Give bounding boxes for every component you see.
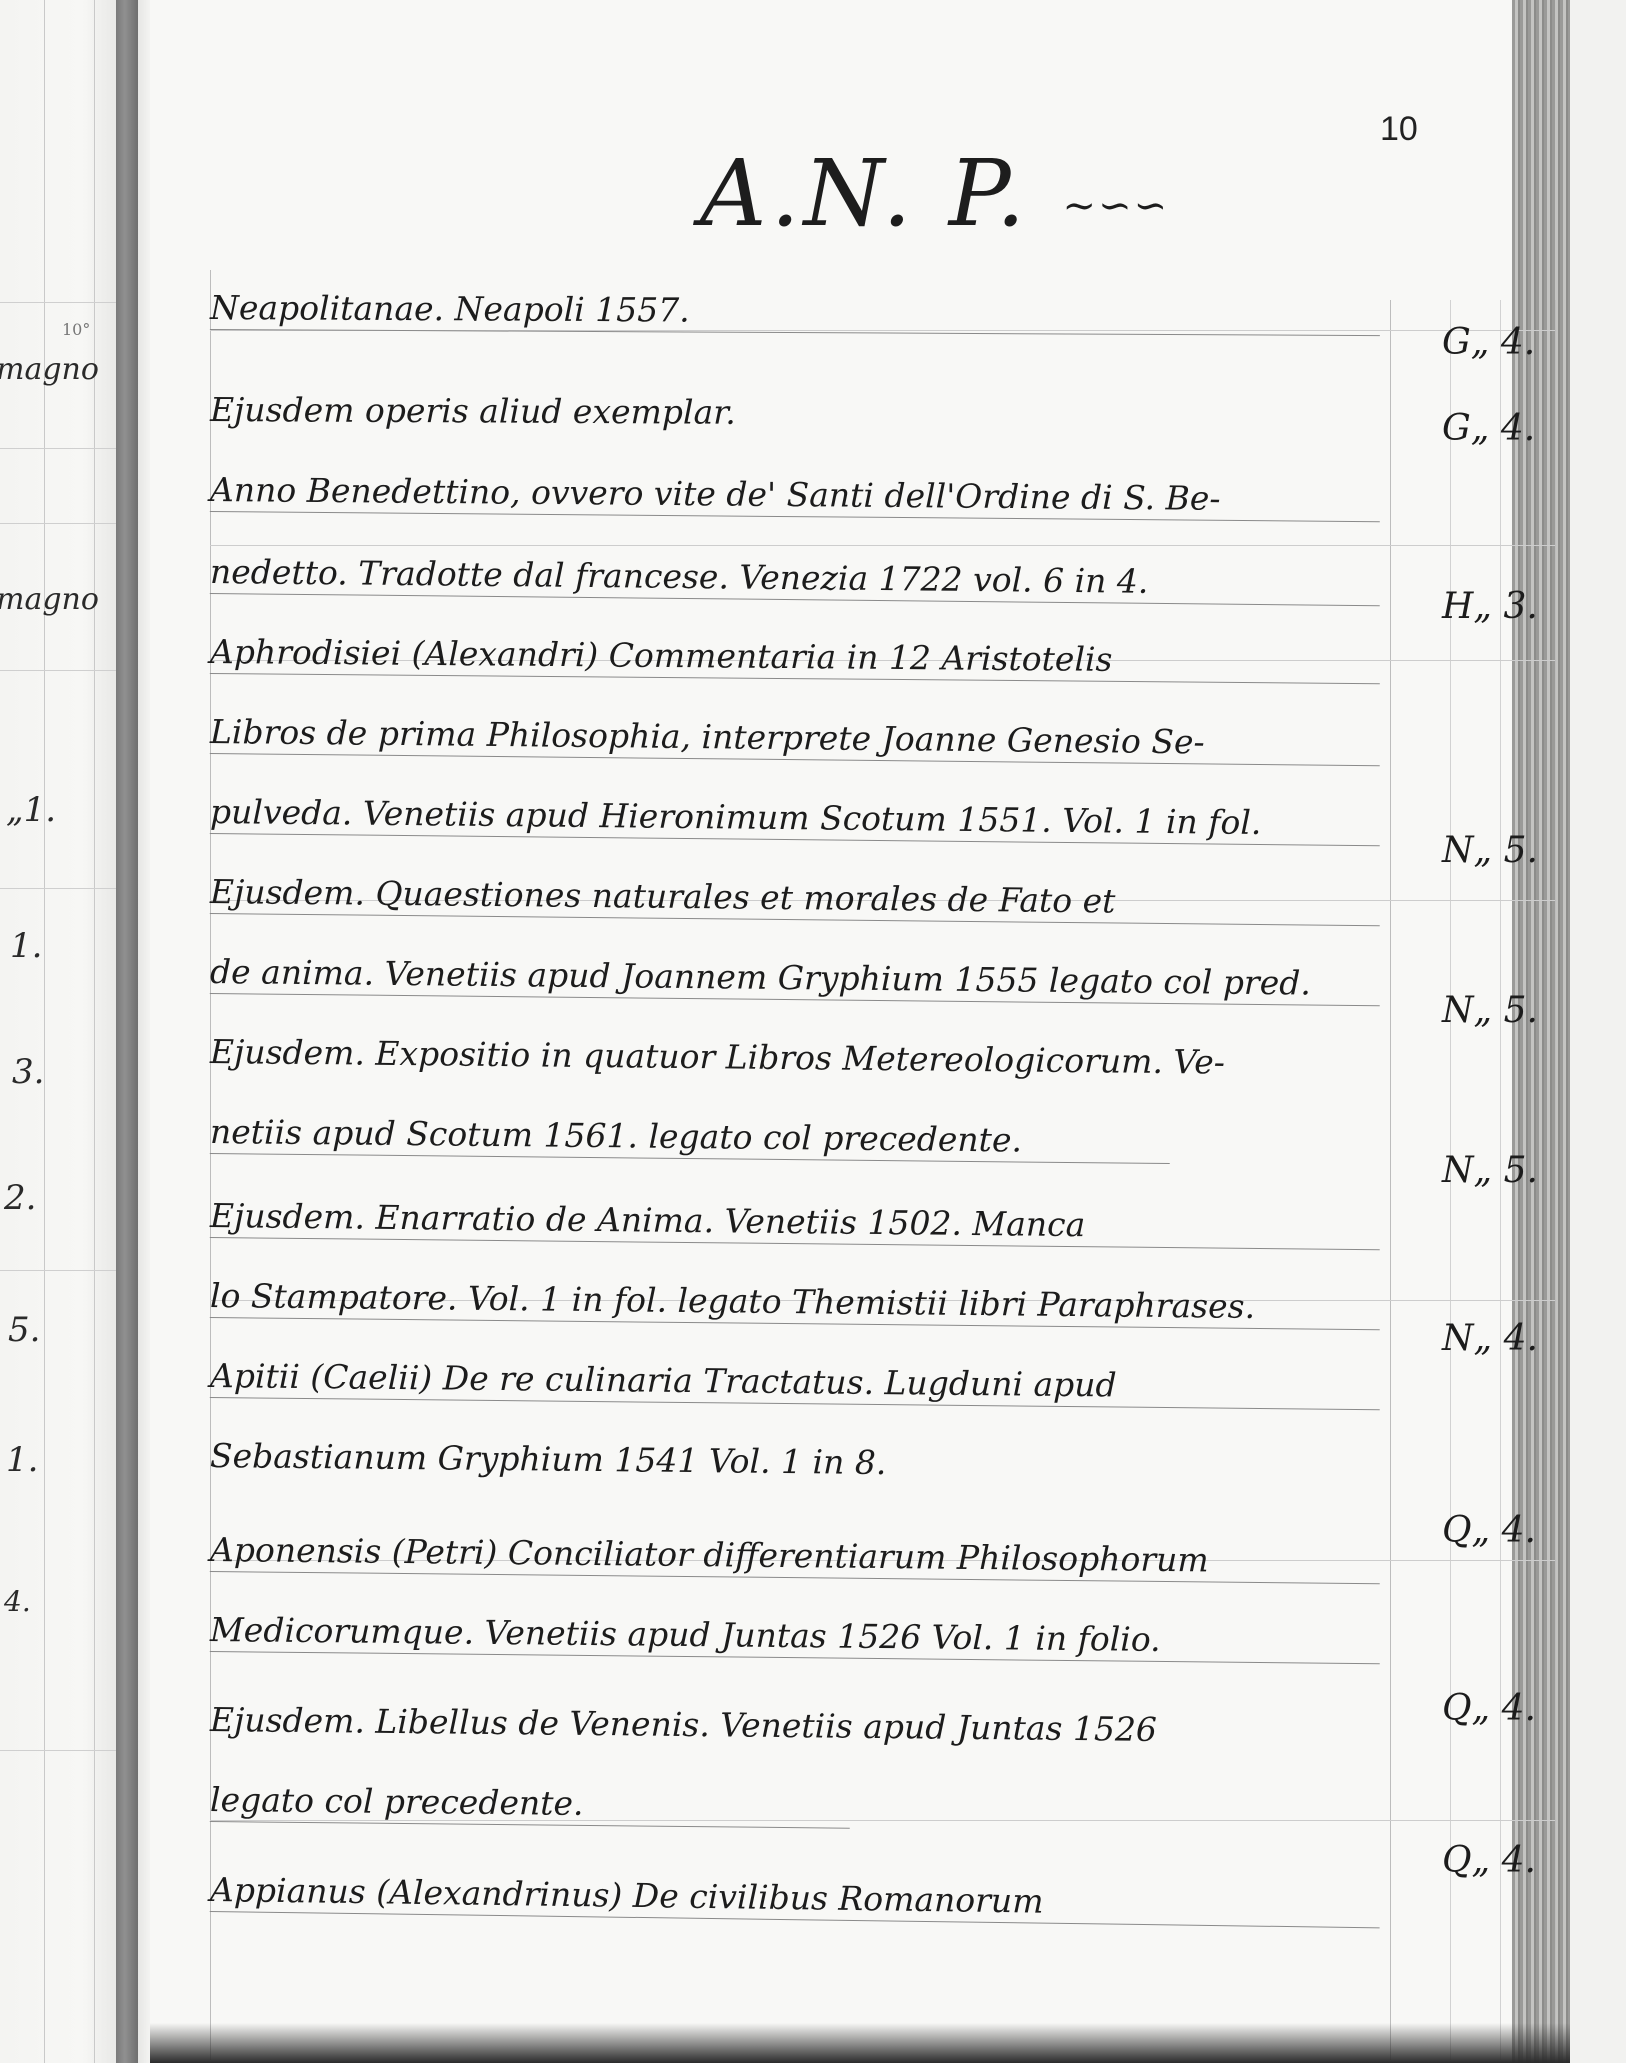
page-edges (1512, 0, 1570, 2063)
grid-line (44, 0, 45, 2063)
shelfmark: N„ 5. (1442, 1150, 1552, 1191)
left-note: 5. (8, 1310, 40, 1350)
entry-line: legato col precedente. (210, 1780, 850, 1829)
grid-line (0, 1750, 118, 1751)
shelfmark: G„ 4. (1442, 322, 1552, 363)
heading-flourish: ∼∽∽ (1063, 183, 1170, 229)
manuscript-scan: 10° magno magno „1. 1. 3. 2. 5. 1. 4. 10… (0, 0, 1626, 2063)
grid-line (0, 448, 118, 449)
shelfmark: G„ 4. (1442, 408, 1552, 449)
shelfmark: N„ 5. (1442, 830, 1552, 871)
grid-line (0, 1270, 118, 1271)
entry-line: Neapolitanae. Neapoli 1557. (210, 288, 1380, 336)
left-note: 2. (4, 1178, 36, 1218)
grid-line (0, 670, 118, 671)
pencil-note: 10° (62, 320, 90, 339)
grid-line (94, 0, 95, 2063)
left-note: 4. (4, 1585, 31, 1618)
heading-text: A.N. P. (700, 140, 1029, 247)
shelfmark: Q„ 4. (1442, 1840, 1552, 1881)
column-rule (1555, 300, 1556, 2060)
scan-shadow (150, 2023, 1570, 2063)
grid-line (0, 302, 118, 303)
grid-line (0, 888, 118, 889)
shelfmark: Q„ 4. (1442, 1688, 1552, 1729)
left-note: „1. (6, 790, 56, 830)
shelfmark: H„ 3. (1442, 586, 1552, 627)
column-rule (1390, 300, 1391, 2060)
page-heading: A.N. P. ∼∽∽ (700, 140, 1169, 247)
page-number: 10 (1380, 110, 1418, 149)
left-note: 1. (10, 926, 42, 966)
left-note: magno (0, 582, 99, 617)
left-page-fragment: 10° magno magno „1. 1. 3. 2. 5. 1. 4. (0, 0, 118, 2063)
left-note: magno (0, 352, 99, 387)
entry-line: Ejusdem operis aliud exemplar. (210, 390, 1380, 435)
grid-rule (210, 545, 1555, 546)
shelfmark: N„ 5. (1442, 990, 1552, 1031)
left-note: 3. (12, 1052, 44, 1092)
binding-gutter (116, 0, 138, 2063)
shelfmark: Q„ 4. (1442, 1510, 1552, 1551)
left-note: 1. (6, 1440, 38, 1480)
grid-line (0, 523, 118, 524)
shelfmark: N„ 4. (1442, 1318, 1552, 1359)
